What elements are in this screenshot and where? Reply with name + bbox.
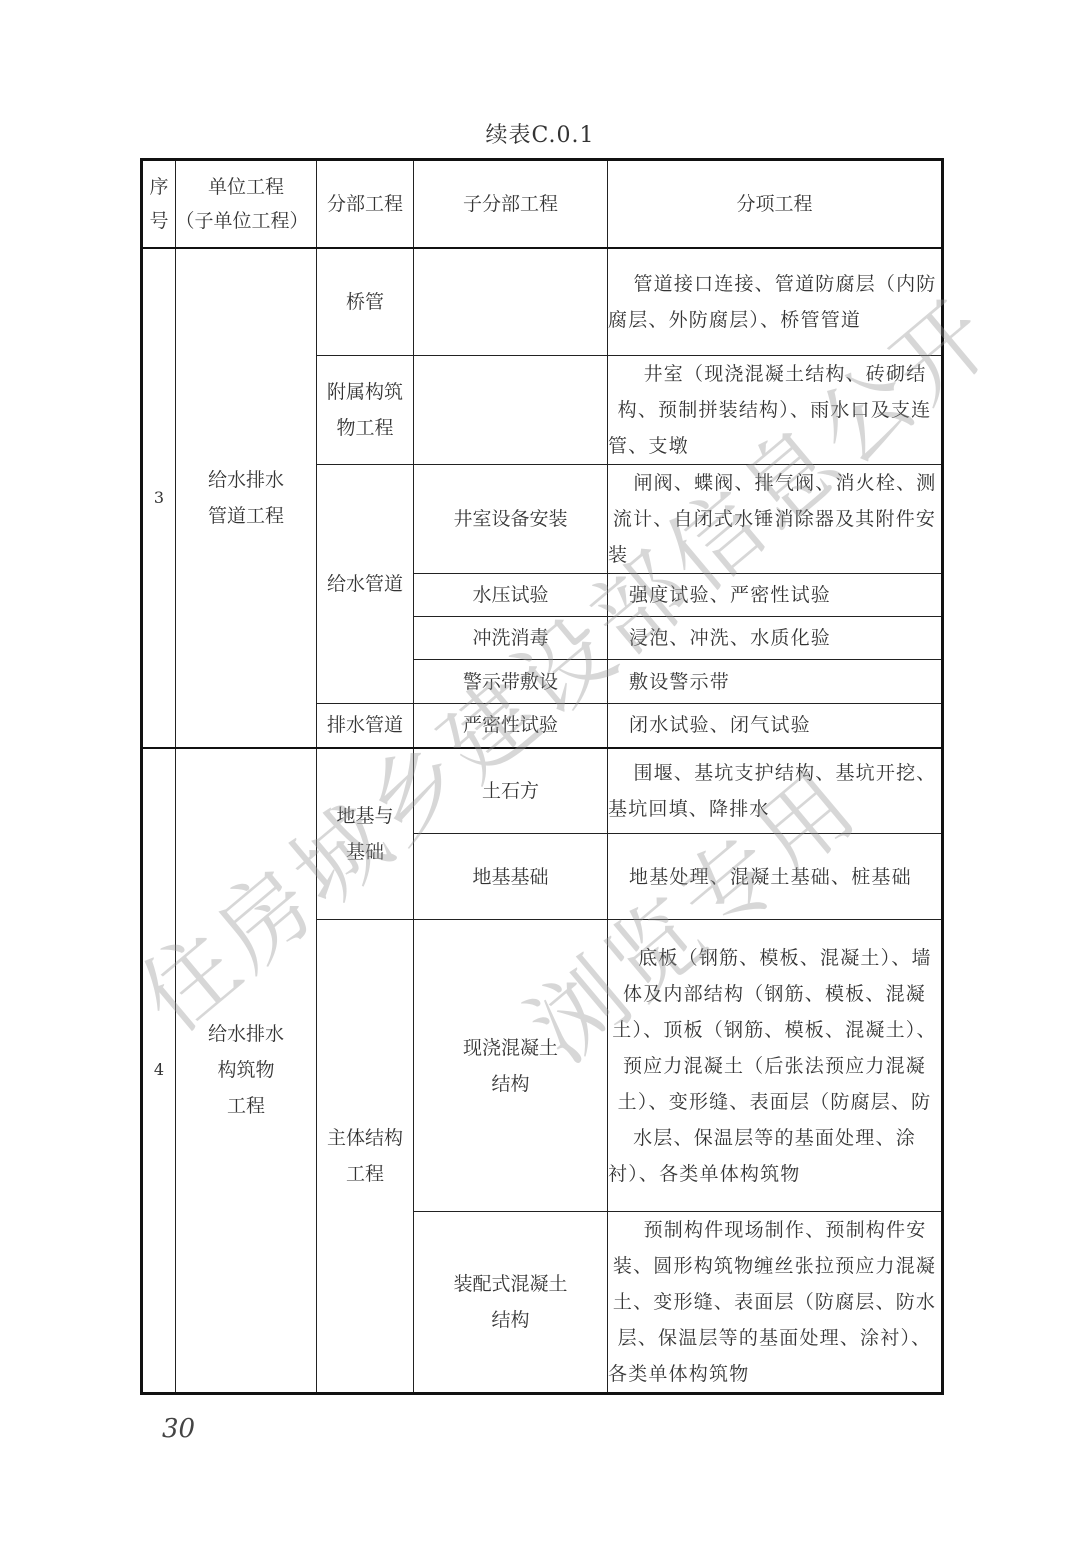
- subdivision-line: 装配式混凝土: [414, 1266, 607, 1302]
- item-text: 管道接口连接、管道防腐层（内防腐层、外防腐层）、桥管管道: [608, 273, 937, 331]
- subdivision-cell: [414, 248, 608, 356]
- division-line: 工程: [317, 1156, 413, 1192]
- item-text: 闭水试验、闭气试验: [629, 714, 811, 736]
- item-cell: 地基处理、混凝土基础、桩基础: [608, 834, 943, 920]
- division-line: 主体结构: [317, 1120, 413, 1156]
- item-cell: 闸阀、蝶阀、排气阀、消火栓、测流计、自闭式水锤消除器及其附件安装: [608, 465, 943, 574]
- subdivision-cell: [414, 356, 608, 465]
- subdivision-cell: 现浇混凝土 结构: [414, 920, 608, 1212]
- unit-cell: 给水排水 构筑物 工程: [176, 748, 317, 1394]
- subdivision-line: 现浇混凝土: [414, 1030, 607, 1066]
- unit-cell: 给水排水 管道工程: [176, 248, 317, 748]
- table-caption: 续表C.0.1: [0, 118, 1080, 149]
- item-cell: 敷设警示带: [608, 660, 943, 704]
- unit-line: 工程: [176, 1088, 316, 1124]
- item-text: 预制构件现场制作、预制构件安装、圆形构筑物缠丝张拉预应力混凝土、变形缝、表面层（…: [608, 1219, 936, 1385]
- acceptance-division-table: 序号 单位工程 （子单位工程） 分部工程 子分部工程 分项工程 3 给水排水 管…: [140, 158, 944, 1395]
- item-text: 围堰、基坑支护结构、基坑开挖、基坑回填、降排水: [608, 762, 937, 820]
- subdivision-cell: 警示带敷设: [414, 660, 608, 704]
- seq-cell: 3: [142, 248, 176, 748]
- unit-line: 给水排水: [176, 1016, 316, 1052]
- subdivision-line: 结构: [414, 1302, 607, 1338]
- table-header-row: 序号 单位工程 （子单位工程） 分部工程 子分部工程 分项工程: [142, 160, 943, 248]
- item-cell: 井室（现浇混凝土结构、砖砌结构、预制拼装结构）、雨水口及支连管、支墩: [608, 356, 943, 465]
- header-unit-line1: 单位工程: [176, 170, 316, 204]
- item-text: 浸泡、冲洗、水质化验: [629, 627, 831, 649]
- table-row: 3 给水排水 管道工程 桥管 管道接口连接、管道防腐层（内防腐层、外防腐层）、桥…: [142, 248, 943, 356]
- item-cell: 围堰、基坑支护结构、基坑开挖、基坑回填、降排水: [608, 748, 943, 834]
- division-line: 附属构筑: [317, 374, 413, 410]
- subdivision-cell: 严密性试验: [414, 704, 608, 748]
- item-cell: 管道接口连接、管道防腐层（内防腐层、外防腐层）、桥管管道: [608, 248, 943, 356]
- item-cell: 浸泡、冲洗、水质化验: [608, 617, 943, 660]
- division-cell: 给水管道: [317, 465, 414, 704]
- division-line: 地基与: [317, 798, 413, 834]
- division-cell: 主体结构 工程: [317, 920, 414, 1394]
- header-item: 分项工程: [608, 160, 943, 248]
- unit-line: 管道工程: [176, 498, 316, 534]
- item-cell: 预制构件现场制作、预制构件安装、圆形构筑物缠丝张拉预应力混凝土、变形缝、表面层（…: [608, 1212, 943, 1394]
- item-text: 井室（现浇混凝土结构、砖砌结构、预制拼装结构）、雨水口及支连管、支墩: [608, 363, 931, 457]
- subdivision-cell: 井室设备安装: [414, 465, 608, 574]
- header-division: 分部工程: [317, 160, 414, 248]
- header-unit: 单位工程 （子单位工程）: [176, 160, 317, 248]
- seq-cell: 4: [142, 748, 176, 1394]
- item-cell: 闭水试验、闭气试验: [608, 704, 943, 748]
- subdivision-cell: 土石方: [414, 748, 608, 834]
- item-cell: 强度试验、严密性试验: [608, 574, 943, 617]
- header-seq-label: 序号: [149, 170, 169, 238]
- subdivision-cell: 冲洗消毒: [414, 617, 608, 660]
- unit-line: 给水排水: [176, 462, 316, 498]
- item-text: 闸阀、蝶阀、排气阀、消火栓、测流计、自闭式水锤消除器及其附件安装: [608, 472, 937, 566]
- item-text: 强度试验、严密性试验: [629, 584, 831, 606]
- division-cell: 地基与 基础: [317, 748, 414, 920]
- page-number: 30: [162, 1414, 195, 1444]
- item-text: 地基处理、混凝土基础、桩基础: [629, 866, 912, 888]
- item-text: 敷设警示带: [629, 671, 730, 693]
- subdivision-line: 结构: [414, 1066, 607, 1102]
- division-cell: 排水管道: [317, 704, 414, 748]
- division-cell: 附属构筑 物工程: [317, 356, 414, 465]
- header-unit-line2: （子单位工程）: [168, 204, 316, 238]
- item-cell: 底板（钢筋、模板、混凝土）、墙体及内部结构（钢筋、模板、混凝土）、顶板（钢筋、模…: [608, 920, 943, 1212]
- header-subdivision: 子分部工程: [414, 160, 608, 248]
- subdivision-cell: 装配式混凝土 结构: [414, 1212, 608, 1394]
- division-cell: 桥管: [317, 248, 414, 356]
- table-row: 4 给水排水 构筑物 工程 地基与 基础 土石方 围堰、基坑支护结构、基坑开挖、…: [142, 748, 943, 834]
- division-line: 物工程: [317, 410, 413, 446]
- unit-line: 构筑物: [176, 1052, 316, 1088]
- division-line: 基础: [317, 834, 413, 870]
- subdivision-cell: 水压试验: [414, 574, 608, 617]
- item-text: 底板（钢筋、模板、混凝土）、墙体及内部结构（钢筋、模板、混凝土）、顶板（钢筋、模…: [608, 947, 937, 1185]
- subdivision-cell: 地基基础: [414, 834, 608, 920]
